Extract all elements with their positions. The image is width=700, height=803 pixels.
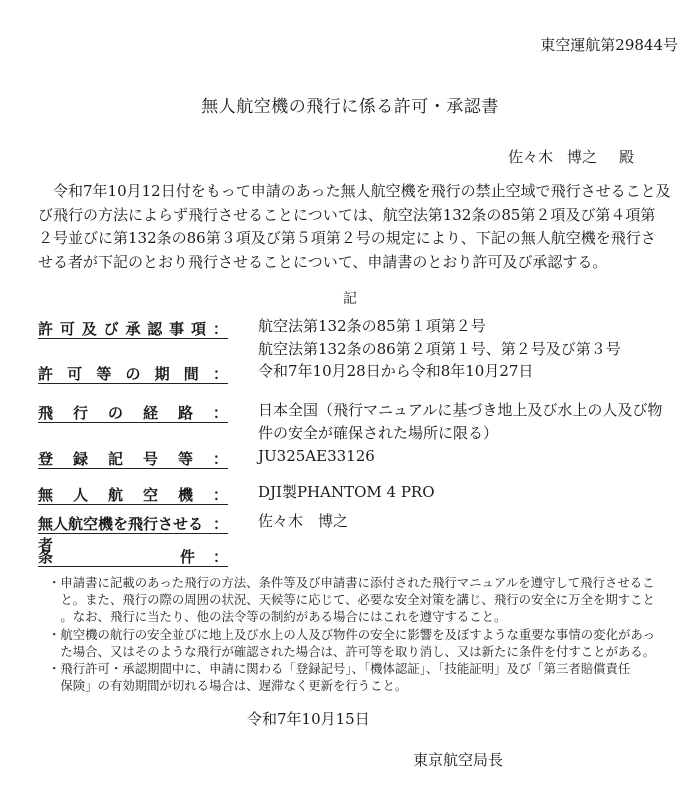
- value-line: JU325AE33126: [258, 445, 375, 468]
- label-char: 空: [143, 484, 158, 504]
- item-value: JU325AE33126: [258, 445, 375, 468]
- condition-line: 保険」の有効期間が切れる場合は、遅滞なく更新を行うこと。: [48, 677, 688, 694]
- item-label: 無 人 航 空 機 ：: [38, 484, 228, 505]
- item-value: DJI製PHANTOM 4 PRO: [258, 481, 435, 504]
- label-char: ：: [213, 546, 228, 566]
- label-char: 無: [38, 484, 53, 504]
- addressee-family-name: 佐々木: [508, 148, 553, 166]
- value-line: DJI製PHANTOM 4 PRO: [258, 481, 435, 504]
- label-char: 期: [155, 363, 170, 383]
- item-value: 日本全国（飛行マニュアルに基づき地上及び水上の人及び物 件の安全が確保された場所…: [258, 399, 662, 445]
- label-char: 事: [169, 318, 184, 338]
- label-char: び: [104, 318, 119, 338]
- condition-line: と。また、飛行の際の周囲の状況、天候等に応じて、必要な安全対策を講じ、飛行の安全…: [48, 591, 688, 608]
- value-line: 航空法第132条の85第１項第２号: [258, 315, 621, 338]
- item-label: 条 件 ：: [38, 546, 228, 567]
- label-char: 間: [184, 363, 199, 383]
- label-char: 承: [125, 318, 140, 338]
- value-line: 日本全国（飛行マニュアルに基づき地上及び水上の人及び物: [258, 399, 662, 422]
- document-number: 東空運航第29844号: [540, 34, 678, 55]
- item-value: 佐々木 博之: [258, 510, 348, 533]
- condition-line: た場合、又はそのような飛行が確認された場合は、許可等を取り消し、又は新たに条件を…: [48, 643, 688, 660]
- addressee-honorific: 殿: [619, 148, 634, 166]
- issuer: 東京航空局長: [413, 749, 503, 770]
- label-char: 号: [143, 448, 158, 468]
- label-char: ：: [213, 402, 228, 422]
- label-char: 項: [191, 318, 206, 338]
- value-line: 令和7年10月28日から令和8年10月27日: [258, 360, 533, 383]
- label-char: 可: [67, 363, 82, 383]
- body-line: ２号並びに第132条の86第３項及び第５項第２号の規定により、下記の無人航空機を…: [38, 227, 666, 251]
- item-label: 飛 行 の 経 路 ：: [38, 402, 228, 423]
- item-value: 航空法第132条の85第１項第２号 航空法第132条の86第２項第１号、第２号及…: [258, 315, 621, 361]
- label-char: 飛: [38, 402, 53, 422]
- item-value: 令和7年10月28日から令和8年10月27日: [258, 360, 533, 383]
- label-char: の: [108, 402, 123, 422]
- label-char: 許: [38, 363, 53, 383]
- label-char: 人: [73, 484, 88, 504]
- label-char: の: [125, 363, 140, 383]
- label-char: ：: [213, 363, 228, 383]
- value-line: 件の安全が確保された場所に限る）: [258, 422, 662, 445]
- label-char: 認: [147, 318, 162, 338]
- label-char: 航: [108, 484, 123, 504]
- body-line: せる者が下記のとおり飛行させることについて、申請書のとおり許可及び承認する。: [38, 251, 666, 275]
- addressee: 佐々木博之殿: [508, 146, 634, 167]
- label-char: 可: [60, 318, 75, 338]
- label-char: 許: [38, 318, 53, 338]
- label-char: 件: [180, 546, 195, 566]
- label-char: 条: [38, 546, 53, 566]
- label-char: 記: [108, 448, 123, 468]
- ki-heading: 記: [0, 288, 700, 308]
- item-label: 許 可 等 の 期 間 ：: [38, 363, 228, 384]
- label-char: 行: [73, 402, 88, 422]
- label-char: 登: [38, 448, 53, 468]
- body-line: び飛行の方法によらず飛行させることについては、航空法第132条の85第２項及び第…: [38, 204, 666, 228]
- label-char: 等: [178, 448, 193, 468]
- item-label: 登 録 記 号 等 ：: [38, 448, 228, 469]
- label-char: ：: [213, 318, 228, 338]
- condition-line: 。なお、飛行に当たり、他の法令等の制約がある場合にはこれを遵守すること。: [48, 608, 688, 625]
- value-line: 航空法第132条の86第２項第１号、第２号及び第３号: [258, 338, 621, 361]
- body-line: 令和7年10月12日付をもって申請のあった無人航空機を飛行の禁止空域で飛行させる…: [38, 180, 666, 204]
- label-char: ：: [213, 448, 228, 468]
- label-char: 録: [73, 448, 88, 468]
- label-char: 等: [96, 363, 111, 383]
- conditions-list: ・申請書に記載のあった飛行の方法、条件等及び申請書に添付された飛行マニュアルを遵…: [48, 574, 688, 694]
- addressee-given-name: 博之: [567, 148, 597, 166]
- item-label: 許 可 及 び 承 認 事 項 ：: [38, 318, 228, 339]
- condition-line: ・飛行許可・承認期間中に、申請に関わる「登録記号」、「機体認証」、「技能証明」及…: [48, 660, 688, 677]
- condition-line: ・申請書に記載のあった飛行の方法、条件等及び申請書に添付された飛行マニュアルを遵…: [48, 574, 688, 591]
- label-char: 経: [143, 402, 158, 422]
- value-line: 佐々木 博之: [258, 510, 348, 533]
- label-char: 無人航空機を飛行させる者: [38, 513, 213, 533]
- label-char: 路: [178, 402, 193, 422]
- condition-line: ・航空機の航行の安全並びに地上及び水上の人及び物件の安全に影響を及ぼすような重要…: [48, 626, 688, 643]
- label-char: ：: [213, 513, 228, 533]
- label-char: ：: [213, 484, 228, 504]
- label-char: 及: [82, 318, 97, 338]
- label-char: 機: [178, 484, 193, 504]
- document-title: 無人航空機の飛行に係る許可・承認書: [0, 92, 700, 117]
- issue-date: 令和7年10月15日: [247, 708, 370, 729]
- body-paragraph: 令和7年10月12日付をもって申請のあった無人航空機を飛行の禁止空域で飛行させる…: [38, 180, 666, 274]
- item-label: 無人航空機を飛行させる者 ：: [38, 513, 228, 534]
